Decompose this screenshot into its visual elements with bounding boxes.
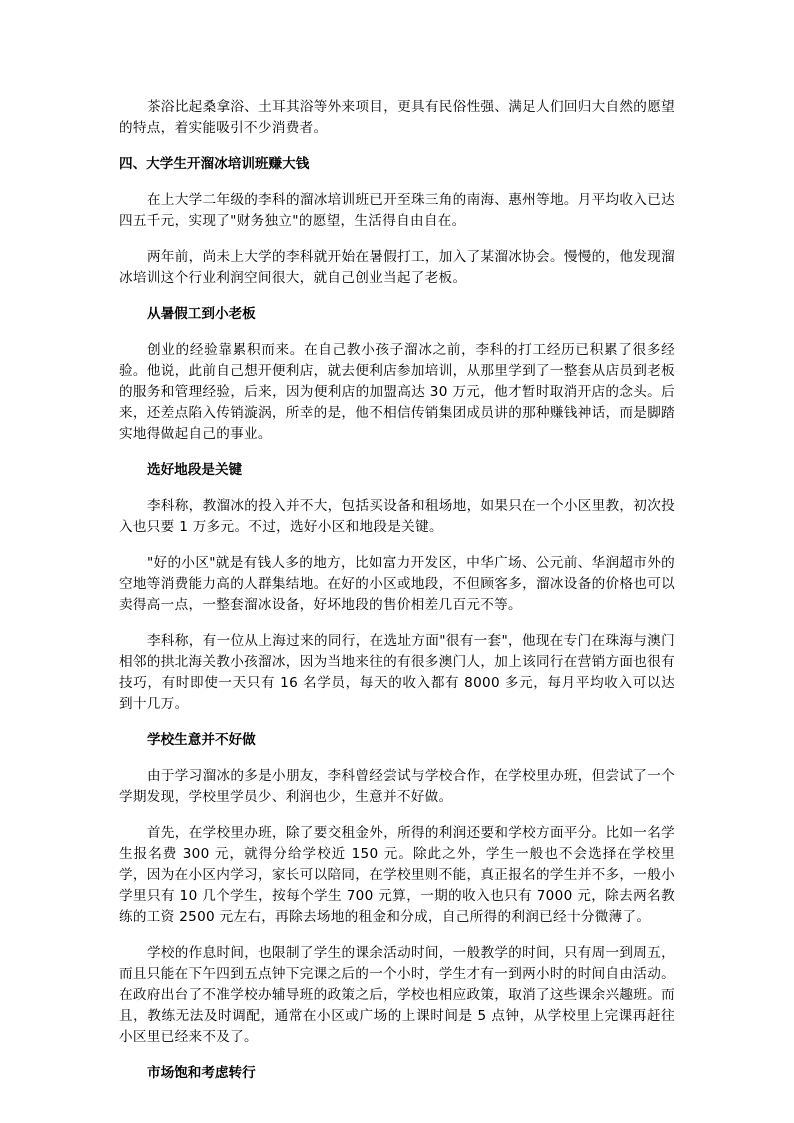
paragraph-schedule: 学校的作息时间，也限制了学生的课余活动时间，一般教学的时间，只有周一到周五，而且…: [119, 943, 675, 1048]
subheading-location: 选好地段是关键: [119, 460, 675, 481]
paragraph-two-years-ago: 两年前，尚未上大学的李科就开始在暑假打工，加入了某溜冰协会。慢慢的，他发现溜冰培…: [119, 247, 675, 289]
paragraph-school-cooperation: 由于学习溜冰的多是小朋友，李科曾经尝试与学校合作，在学校里办班，但尝试了一个学期…: [119, 766, 675, 808]
paragraph-shanghai-peer: 李科称，有一位从上海过来的同行，在选址方面"很有一套"，他现在专门在珠海与澳门相…: [119, 631, 675, 715]
paragraph-good-area: "好的小区"就是有钱人多的地方，比如富力开发区，中华广场、公元前、华润超市外的空…: [119, 553, 675, 616]
section-heading-skating-class: 四、大学生开溜冰培训班赚大钱: [119, 154, 675, 175]
paragraph-experience: 创业的经验靠累积而来。在自己教小孩子溜冰之前，李科的打工经历已积累了很多经验。他…: [119, 340, 675, 445]
paragraph-intro: 在上大学二年级的李科的溜冰培训班已开至珠三角的南海、惠州等地。月平均收入已达四五…: [119, 190, 675, 232]
subheading-summer-job: 从暑假工到小老板: [119, 304, 675, 325]
document-page: 茶浴比起桑拿浴、土耳其浴等外来项目，更具有民俗性强、满足人们回归大自然的愿望的特…: [119, 97, 675, 1099]
paragraph-profit-split: 首先，在学校里办班，除了要交租金外，所得的利润还要和学校方面平分。比如一名学生报…: [119, 823, 675, 928]
paragraph-investment: 李科称，教溜冰的投入并不大，包括买设备和租场地，如果只在一个小区里教，初次投入也…: [119, 496, 675, 538]
paragraph-tea-bath: 茶浴比起桑拿浴、土耳其浴等外来项目，更具有民俗性强、满足人们回归大自然的愿望的特…: [119, 97, 675, 139]
subheading-school-business: 学校生意并不好做: [119, 730, 675, 751]
subheading-market-saturation: 市场饱和考虑转行: [119, 1063, 675, 1084]
